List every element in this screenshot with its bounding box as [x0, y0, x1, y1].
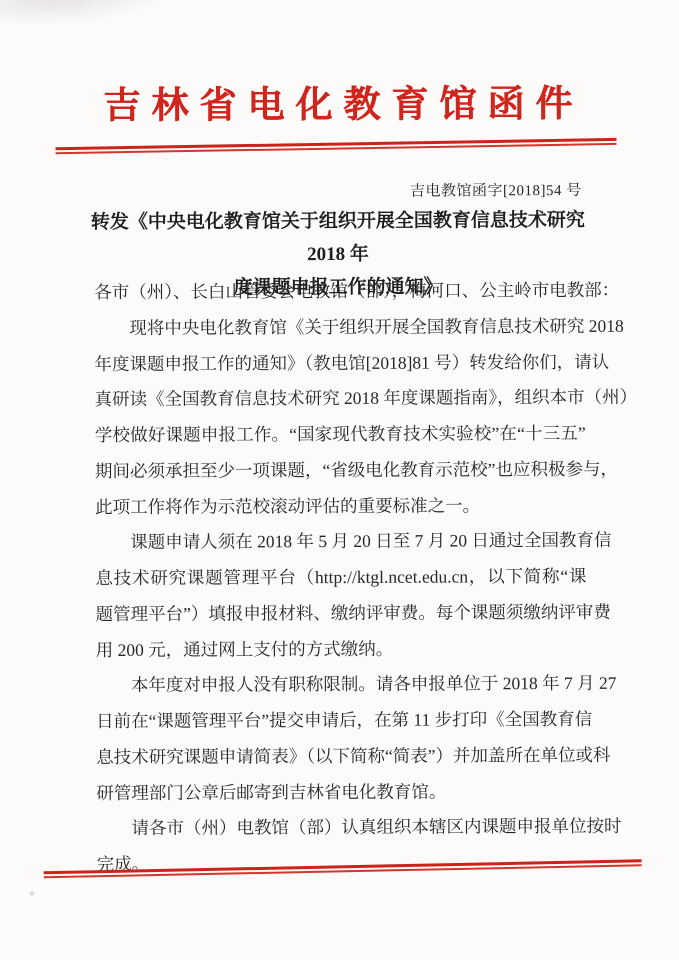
body-line: 现将中央电化教育馆《关于组织开展全国教育信息技术研究 2018: [94, 309, 585, 347]
letterhead-divider-rule: [56, 138, 617, 154]
body-line: 课题申请人须在 2018 年 5 月 20 日至 7 月 20 日通过全国教育信: [95, 523, 586, 561]
body-line: 年度课题申报工作的通知》（教电馆[2018]81 号）转发给你们，请认: [94, 344, 585, 382]
body-line: 完成。: [97, 845, 588, 883]
body-line: 此项工作将作为示范校滚动评估的重要标准之一。: [95, 487, 586, 525]
subject-line-1: 转发《中央电化教育馆关于组织开展全国教育信息技术研究 2018 年: [73, 204, 603, 272]
body-line: 真研读《全国教育信息技术研究 2018 年度课题指南》，组织本市（州）: [95, 380, 586, 418]
body-line: 请各市（州）电教馆（部）认真组织本辖区内课题申报单位按时: [96, 809, 587, 847]
body-line: 学校做好课题申报工作。“国家现代教育技术实验校”在“十三五”: [95, 416, 586, 454]
body-line: 息技术研究课题申请简表》（以下简称“简表”）并加盖所在单位或科: [96, 738, 587, 776]
body-line: 期间必须承担至少一项课题，“省级电化教育示范校”也应积极参与，: [95, 452, 586, 490]
letterhead-title: 吉林省电化教育馆函件: [0, 73, 677, 130]
letter-body: 各市（州）、长白山管委会电教馆（部），梅河口、公主岭市电教部： 现将中央电化教育…: [94, 273, 588, 883]
body-line: 各市（州）、长白山管委会电教馆（部），梅河口、公主岭市电教部：: [94, 273, 585, 311]
body-line: 本年度对申报人没有职称限制。请各申报单位于 2018 年 7 月 27: [96, 666, 587, 704]
body-line: 题管理平台”）填报申报材料、缴纳评审费。每个课题须缴纳评审费: [96, 595, 587, 633]
scanned-letter-page: 吉林省电化教育馆函件 吉电教馆函字[2018]54 号 转发《中央电化教育馆关于…: [0, 0, 679, 960]
body-line: 用 200 元，通过网上支付的方式缴纳。: [96, 630, 587, 668]
body-line: 息技术研究课题管理平台（http://ktgl.ncet.edu.cn，以下简称…: [95, 559, 586, 597]
body-line: 研管理部门公章后邮寄到吉林省电化教育馆。: [96, 773, 587, 811]
body-line: 日前在“课题管理平台”提交申请后，在第 11 步打印《全国教育信: [96, 702, 587, 740]
letter-content: 吉林省电化教育馆函件 吉电教馆函字[2018]54 号 转发《中央电化教育馆关于…: [0, 0, 679, 960]
document-number: 吉电教馆函字[2018]54 号: [410, 179, 582, 201]
